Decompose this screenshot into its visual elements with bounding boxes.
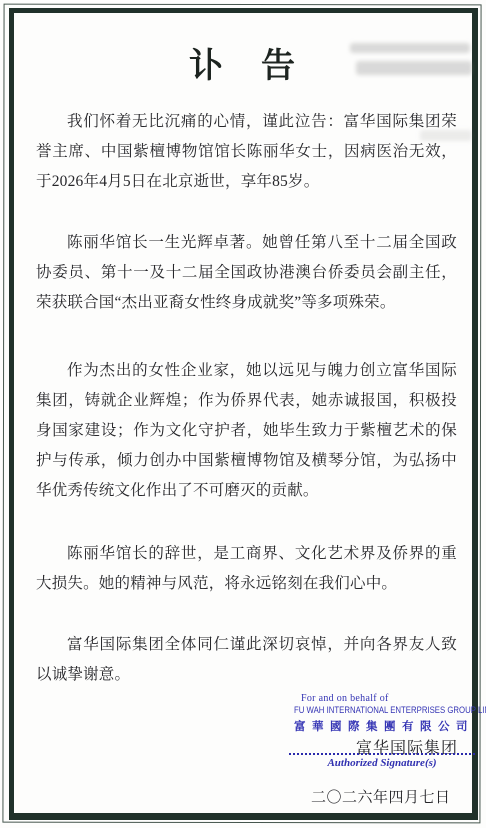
stamp-for-and-on-behalf-text: For and on behalf of	[301, 693, 482, 704]
paragraph-achievements: 陈丽华馆长一生光辉卓著。她曾任第八至十二届全国政协委员、第十一及十二届全国政协港…	[36, 228, 457, 318]
paragraph-legacy: 作为杰出的女性企业家，她以远见与魄力创立富华国际集团，铸就企业辉煌；作为侨界代表…	[36, 356, 457, 506]
stamp-company-name-chinese: 富華國際集團有限公司	[294, 718, 482, 734]
document-date: 二〇二六年四月七日	[311, 786, 451, 807]
paragraph-announcement: 我们怀着无比沉痛的心情，谨此泣告：富华国际集团荣誉主席、中国紫檀博物馆馆长陈丽华…	[36, 107, 457, 197]
paragraph-loss: 陈丽华馆长的辞世，是工商界、文化艺术界及侨界的重大损失。她的精神与风范，将永远铭…	[36, 539, 457, 599]
authorized-signature-label: Authorized Signature(s)	[289, 757, 475, 769]
obituary-document: 讣 告 我们怀着无比沉痛的心情，谨此泣告：富华国际集团荣誉主席、中国紫檀博物馆馆…	[0, 0, 486, 828]
company-stamp: For and on behalf of FU WAH INTERNATIONA…	[294, 693, 482, 734]
signature-dotted-line	[289, 753, 475, 755]
paragraph-condolence: 富华国际集团全体同仁谨此深切哀悼，并向各界友人致以诚挚谢意。	[36, 630, 457, 690]
stamp-company-name-english: FU WAH INTERNATIONAL ENTERPRISES GROUP L…	[294, 705, 448, 716]
document-title: 讣 告	[0, 38, 486, 87]
